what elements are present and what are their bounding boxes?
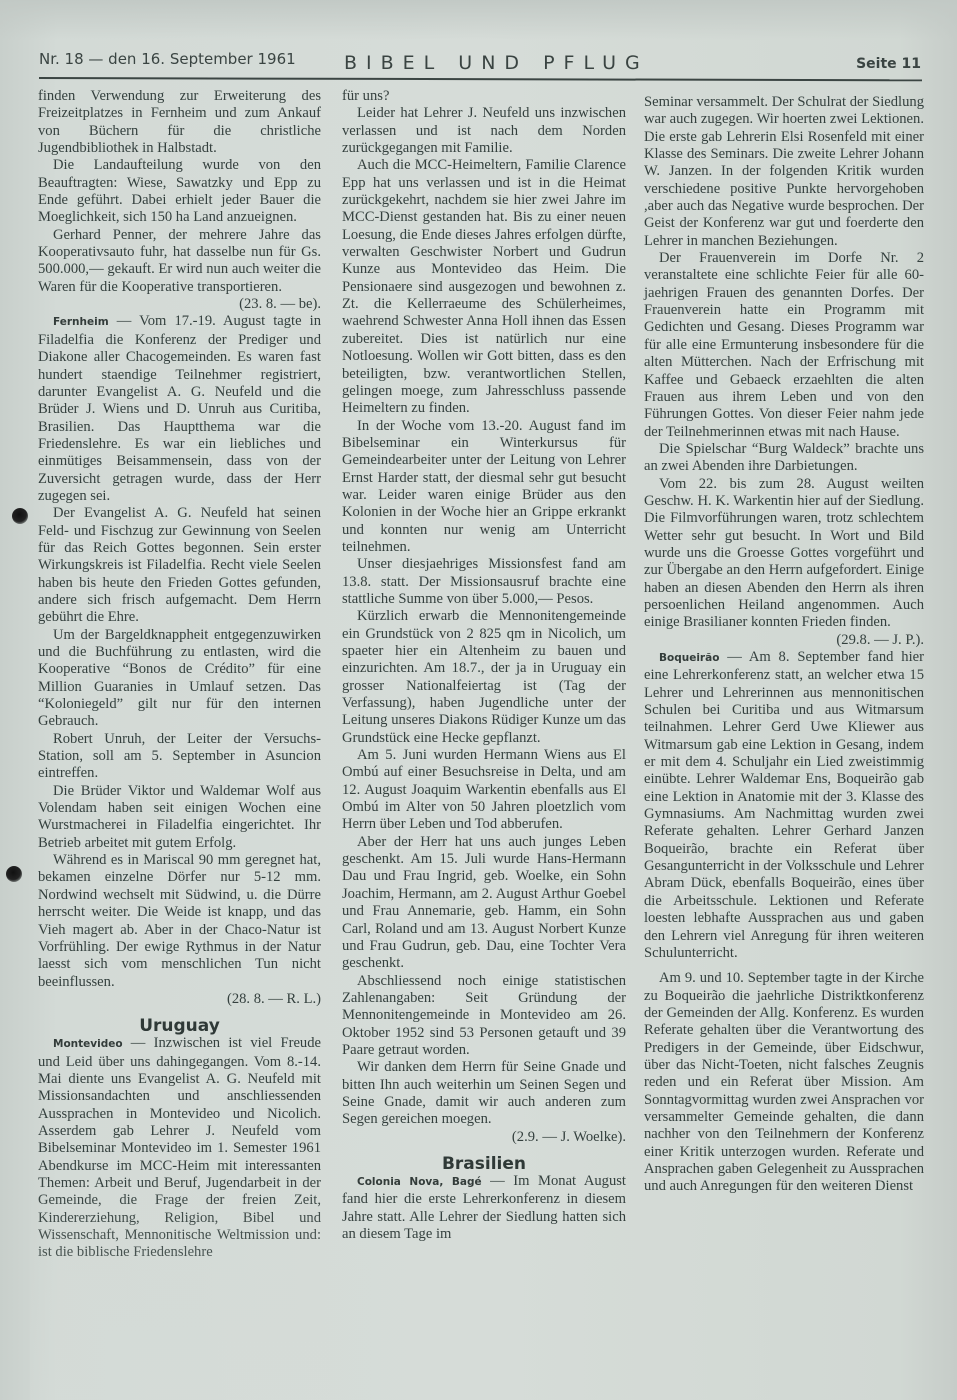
section-heading-uruguay: Uruguay [38, 1017, 321, 1035]
section-heading-brasilien: Brasilien [342, 1155, 626, 1173]
paragraph: In der Woche vom 13.-20. August fand im … [342, 418, 626, 557]
paragraph-boqueirao: Boqueirão — Am 8. September fand hier ei… [644, 649, 924, 962]
paragraph: Die Spielschar “Burg Waldeck” brachte un… [644, 441, 924, 476]
place-name: Boqueirão [659, 652, 719, 664]
paragraph: Auch die MCC-Heimeltern, Familie Clarenc… [342, 157, 626, 417]
paragraph-text: — Am 8. September fand hier eine Lehrerk… [644, 649, 924, 961]
place-name: Fernheim [53, 316, 109, 328]
paragraph: Abschliessend noch einige statistischen … [342, 973, 626, 1060]
paragraph: Um der Bargeldknappheit entgegenzuwirken… [38, 627, 321, 731]
paragraph: Am 9. und 10. September tagte in der Kir… [644, 970, 924, 1195]
paragraph: Die Landaufteilung wurde von den Beauftr… [38, 157, 321, 226]
binding-hole [12, 508, 28, 524]
dateline: (29.8. — J. P.). [644, 632, 924, 649]
paragraph-montevideo: Montevideo — Inzwischen ist viel Freude … [38, 1035, 321, 1261]
paragraph: für uns? [342, 88, 626, 105]
paragraph-fernheim: Fernheim — Vom 17.-19. August tagte in F… [38, 313, 321, 505]
paragraph: Der Frauenverein im Dorfe Nr. 2 veransta… [644, 250, 924, 441]
paragraph-colonia-nova: Colonia Nova, Bagé — Im Monat August fan… [342, 1173, 626, 1243]
column-1: finden Verwendung zur Erweiterung des Fr… [38, 88, 321, 1262]
binding-hole [6, 866, 22, 882]
paragraph-text: — Inzwischen ist viel Freude und Leid üb… [38, 1035, 321, 1260]
paragraph-text: — Vom 17.-19. August tagte in Filadelfia… [38, 313, 321, 503]
paragraph: Seminar versammelt. Der Schulrat der Sie… [644, 94, 924, 250]
paragraph: Während es in Mariscal 90 mm geregnet ha… [38, 852, 321, 991]
paragraph: Kürzlich erwarb die Mennonitengemeinde e… [342, 608, 626, 747]
place-name: Colonia Nova, Bagé [357, 1176, 482, 1188]
column-3: Seminar versammelt. Der Schulrat der Sie… [644, 94, 924, 1196]
column-2: für uns? Leider hat Lehrer J. Neufeld un… [342, 88, 626, 1243]
paragraph: Wir danken dem Herrn für Seine Gnade und… [342, 1059, 626, 1128]
paragraph: Aber der Herr hat uns auch junges Leben … [342, 834, 626, 973]
paragraph: Unser diesjaehriges Missionsfest fand am… [342, 556, 626, 608]
paragraph: Am 5. Juni wurden Hermann Wiens aus El O… [342, 747, 626, 834]
paragraph: Vom 22. bis zum 28. August weilten Gesch… [644, 476, 924, 632]
paragraph: Leider hat Lehrer J. Neufeld uns inzwisc… [342, 105, 626, 157]
place-name: Montevideo [53, 1038, 123, 1050]
page-number: Seite 11 [856, 56, 921, 72]
paragraph: finden Verwendung zur Erweiterung des Fr… [38, 88, 321, 157]
dateline: (28. 8. — R. L.) [38, 991, 321, 1008]
page-header: Nr. 18 — den 16. September 1961 BIBEL UN… [39, 48, 925, 78]
newspaper-page: Nr. 18 — den 16. September 1961 BIBEL UN… [0, 0, 957, 1400]
paragraph: Die Brüder Viktor und Waldemar Wolf aus … [38, 783, 321, 852]
dateline: (2.9. — J. Woelke). [342, 1129, 626, 1146]
paragraph: Gerhard Penner, der mehrere Jahre das Ko… [38, 227, 321, 296]
page-shadow [0, 0, 957, 40]
masthead-title: BIBEL UND PFLUG [344, 52, 649, 74]
issue-info: Nr. 18 — den 16. September 1961 [39, 50, 296, 68]
dateline: (23. 8. — be). [38, 296, 321, 313]
paragraph: Der Evangelist A. G. Neufeld hat seinen … [38, 505, 321, 626]
paragraph: Robert Unruh, der Leiter der Versuchs-St… [38, 731, 321, 783]
